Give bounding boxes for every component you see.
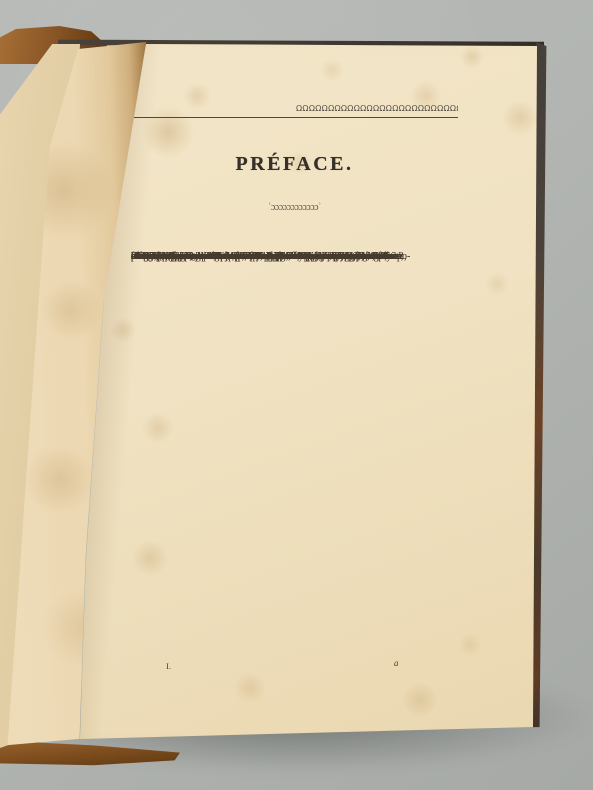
photo-canvas: ΩΩΩΩΩΩΩΩΩΩΩΩΩΩΩΩΩΩΩΩΩΩΩΩΩΩΩΩΩΩΩΩΩΩΩΩΩΩΩΩ… [0, 0, 593, 790]
signature-mark-gathering: a [394, 658, 399, 668]
ornament-divider: ʿɔɔɔɔɔɔɔɔɔɔɔɔʾ [131, 202, 458, 213]
ornament-frieze: ΩΩΩΩΩΩΩΩΩΩΩΩΩΩΩΩΩΩΩΩΩΩΩΩΩΩΩΩΩΩΩΩΩΩΩΩΩΩΩΩ… [134, 102, 458, 118]
signature-mark-volume: I. [166, 661, 171, 671]
text-line: Le peuple arabe est un peuple de poëtes … [131, 250, 400, 263]
ornament-frieze-glyphs: ΩΩΩΩΩΩΩΩΩΩΩΩΩΩΩΩΩΩΩΩΩΩΩΩΩΩΩΩΩΩΩΩΩΩΩΩΩΩΩΩ… [296, 102, 458, 115]
page-title: PRÉFACE. [131, 153, 458, 176]
